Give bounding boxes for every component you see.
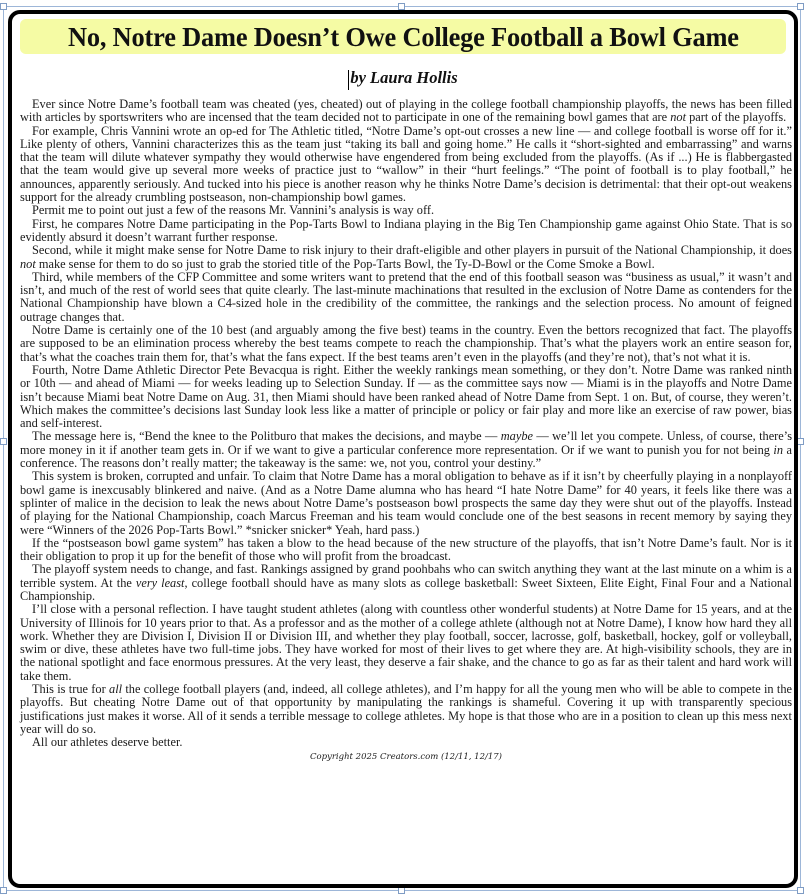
emphasis-text: not bbox=[20, 257, 36, 271]
article-paragraph: This system is broken, corrupted and unf… bbox=[20, 470, 792, 536]
article-paragraph: The playoff system needs to change, and … bbox=[20, 563, 792, 603]
article-paragraph: I’ll close with a personal reflection. I… bbox=[20, 603, 792, 683]
article-paragraph: This is true for all the college footbal… bbox=[20, 683, 792, 736]
resize-handle-middle-right[interactable] bbox=[797, 438, 804, 445]
article-paragraph: First, he compares Notre Dame participat… bbox=[20, 218, 792, 245]
emphasis-text: all bbox=[109, 682, 122, 696]
article-paragraph: Notre Dame is certainly one of the 10 be… bbox=[20, 324, 792, 364]
text-cursor bbox=[348, 70, 349, 90]
article-frame[interactable]: No, Notre Dame Doesn’t Owe College Footb… bbox=[8, 10, 798, 888]
resize-handle-top-left[interactable] bbox=[0, 3, 7, 10]
article-paragraph: All our athletes deserve better. bbox=[20, 736, 792, 749]
article-paragraph: Permit me to point out just a few of the… bbox=[20, 204, 792, 217]
title-banner: No, Notre Dame Doesn’t Owe College Footb… bbox=[20, 19, 786, 54]
byline-text: by Laura Hollis bbox=[350, 68, 457, 87]
emphasis-text: maybe bbox=[501, 429, 533, 443]
resize-handle-top-right[interactable] bbox=[797, 3, 804, 10]
article-body[interactable]: Ever since Notre Dame’s football team wa… bbox=[20, 98, 792, 764]
resize-handle-bottom-left[interactable] bbox=[0, 887, 7, 894]
resize-handle-top-center[interactable] bbox=[398, 3, 405, 10]
article-paragraph: The message here is, “Bend the knee to t… bbox=[20, 430, 792, 470]
article-paragraph: Ever since Notre Dame’s football team wa… bbox=[20, 98, 792, 125]
article-paragraph: Third, while members of the CFP Committe… bbox=[20, 271, 792, 324]
article-paragraph: If the “postseason bowl game system” has… bbox=[20, 537, 792, 564]
resize-handle-bottom-center[interactable] bbox=[398, 887, 405, 894]
copyright-notice: Copyright 2025 Creators.com (12/11, 12/1… bbox=[20, 751, 792, 764]
emphasis-text: not bbox=[670, 110, 686, 124]
resize-handle-bottom-right[interactable] bbox=[797, 887, 804, 894]
emphasis-text: very least bbox=[136, 576, 185, 590]
resize-handle-middle-left[interactable] bbox=[0, 438, 7, 445]
article-paragraph: Second, while it might make sense for No… bbox=[20, 244, 792, 271]
emphasis-text: in bbox=[773, 443, 783, 457]
article-paragraph: For example, Chris Vannini wrote an op-e… bbox=[20, 125, 792, 205]
byline[interactable]: by Laura Hollis bbox=[348, 68, 457, 87]
byline-container: by Laura Hollis bbox=[12, 68, 794, 88]
article-paragraph: Fourth, Notre Dame Athletic Director Pet… bbox=[20, 364, 792, 430]
article-title: No, Notre Dame Doesn’t Owe College Footb… bbox=[68, 21, 739, 53]
